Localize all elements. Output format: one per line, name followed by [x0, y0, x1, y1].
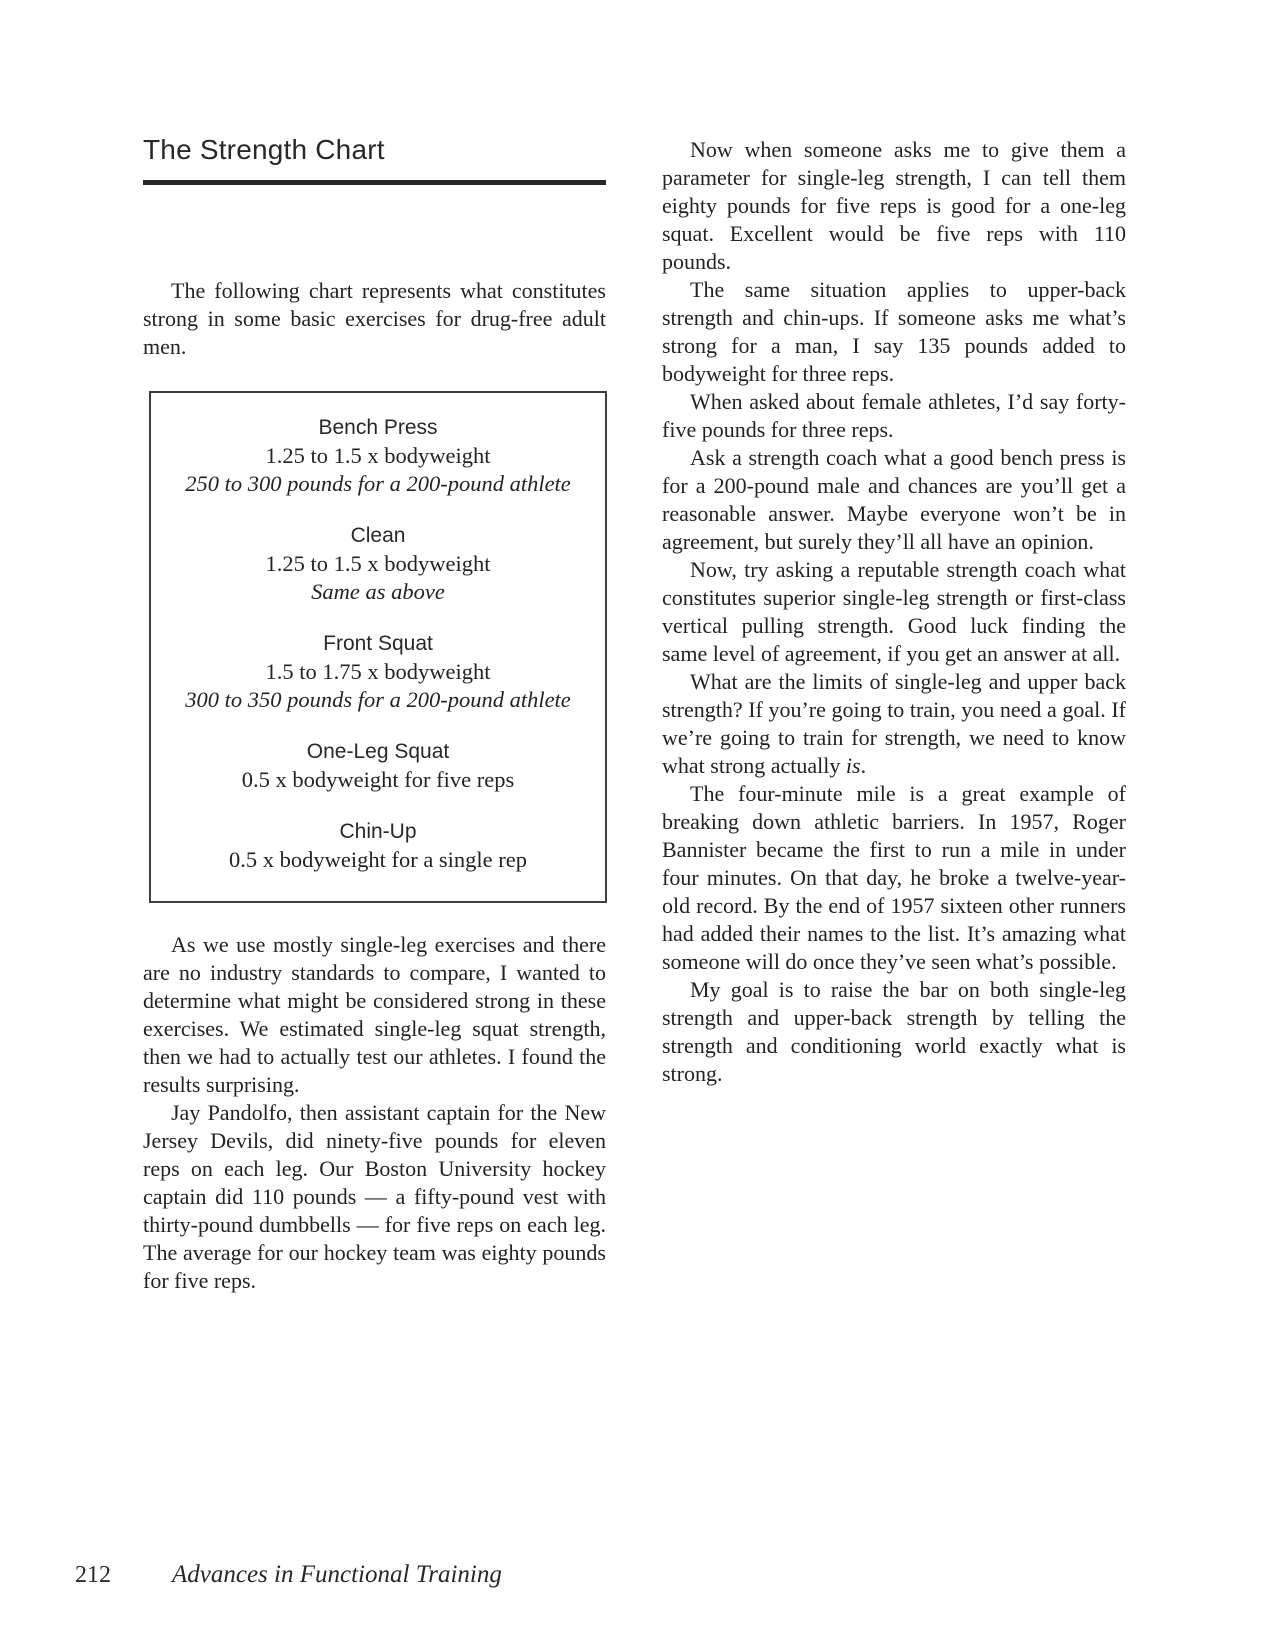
- body-paragraph: My goal is to raise the bar on both sing…: [662, 976, 1126, 1088]
- chart-entry-bench-press: Bench Press 1.25 to 1.5 x bodyweight 250…: [159, 414, 597, 498]
- body-paragraph: The same situation applies to upper-back…: [662, 276, 1126, 388]
- book-title: Advances in Functional Training: [172, 1560, 502, 1590]
- body-paragraph: When asked about female athletes, I’d sa…: [662, 388, 1126, 444]
- strength-chart-box: Bench Press 1.25 to 1.5 x bodyweight 250…: [149, 391, 607, 903]
- left-column-body: As we use mostly single-leg exercises an…: [143, 931, 606, 1295]
- heading-rule: [143, 180, 606, 185]
- exercise-standard: 0.5 x bodyweight for a single rep: [159, 846, 597, 874]
- exercise-standard: 0.5 x bodyweight for five reps: [159, 766, 597, 794]
- exercise-name: Front Squat: [159, 630, 597, 658]
- page-number: 212: [75, 1560, 111, 1590]
- exercise-standard: 1.25 to 1.5 x bodyweight: [159, 442, 597, 470]
- body-paragraph: Now when someone asks me to give them a …: [662, 136, 1126, 276]
- body-paragraph: As we use mostly single-leg exercises an…: [143, 931, 606, 1099]
- chart-entry-front-squat: Front Squat 1.5 to 1.75 x bodyweight 300…: [159, 630, 597, 714]
- chart-entry-chin-up: Chin-Up 0.5 x bodyweight for a single re…: [159, 818, 597, 874]
- body-paragraph: The four-minute mile is a great example …: [662, 780, 1126, 976]
- exercise-note: 300 to 350 pounds for a 200-pound athlet…: [159, 686, 597, 714]
- exercise-name: Chin-Up: [159, 818, 597, 846]
- body-paragraph: Now, try asking a reputable strength coa…: [662, 556, 1126, 668]
- body-paragraph: What are the limits of single-leg and up…: [662, 668, 1126, 780]
- exercise-standard: 1.5 to 1.75 x bodyweight: [159, 658, 597, 686]
- section-heading: The Strength Chart: [143, 133, 606, 167]
- book-page: The Strength Chart The following chart r…: [0, 0, 1275, 1650]
- exercise-name: One-Leg Squat: [159, 738, 597, 766]
- left-column: The Strength Chart The following chart r…: [143, 133, 606, 1295]
- exercise-standard: 1.25 to 1.5 x bodyweight: [159, 550, 597, 578]
- right-column: Now when someone asks me to give them a …: [662, 136, 1126, 1088]
- chart-entry-clean: Clean 1.25 to 1.5 x bodyweight Same as a…: [159, 522, 597, 606]
- page-footer: 212Advances in Functional Training: [75, 1560, 502, 1590]
- exercise-name: Bench Press: [159, 414, 597, 442]
- exercise-note: Same as above: [159, 578, 597, 606]
- intro-paragraph: The following chart represents what cons…: [143, 277, 606, 361]
- body-paragraph: Ask a strength coach what a good bench p…: [662, 444, 1126, 556]
- exercise-name: Clean: [159, 522, 597, 550]
- body-paragraph: Jay Pandolfo, then assistant captain for…: [143, 1099, 606, 1295]
- chart-entry-one-leg-squat: One-Leg Squat 0.5 x bodyweight for five …: [159, 738, 597, 794]
- exercise-note: 250 to 300 pounds for a 200-pound athlet…: [159, 470, 597, 498]
